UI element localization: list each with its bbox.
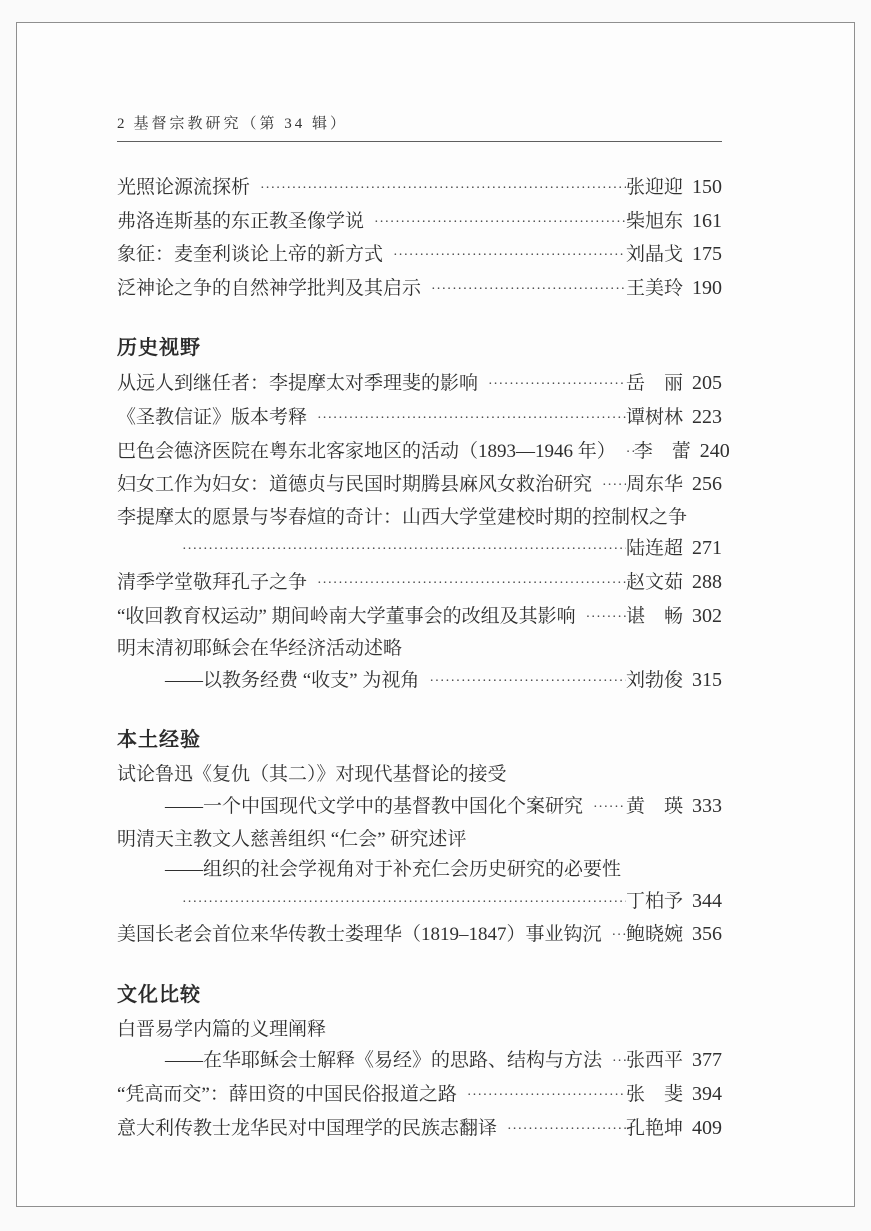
entry-title: 妇女工作为妇女：道德贞与民国时期腾县麻风女救治研究 — [117, 470, 592, 501]
entry-title: 试论鲁迅《复仇（其二）》对现代基督论的接受 — [117, 760, 507, 791]
dot-leader: ········································… — [421, 275, 626, 306]
entry-author: 刘勃俊 — [626, 666, 683, 697]
journal-title: 基督宗教研究（第 34 辑） — [134, 116, 349, 132]
dot-leader: ········································… — [583, 793, 626, 824]
toc-entry: “收回教育权运动” 期间岭南大学董事会的改组及其影响··············… — [117, 601, 722, 635]
dot-leader: ········································… — [307, 569, 626, 600]
entry-title: ——组织的社会学视角对于补充仁会历史研究的必要性 — [165, 855, 621, 886]
entry-author: 周东华 — [626, 470, 683, 501]
page-number: 2 — [117, 116, 126, 132]
entry-author: 谌 畅 — [626, 602, 683, 633]
entry-author: 刘晶戈 — [626, 240, 683, 271]
entry-page-number: 240 — [700, 436, 730, 467]
entry-author: 张 斐 — [626, 1080, 683, 1111]
dot-leader: ········································… — [616, 438, 634, 469]
toc-entry: 巴色会德济医院在粤东北客家地区的活动（1893—1946 年）·········… — [117, 436, 722, 470]
toc-entry: 意大利传教士龙华民对中国理学的民族志翻译····················… — [117, 1113, 722, 1147]
toc-entry: 清季学堂敬拜孔子之争······························… — [117, 567, 722, 601]
header-rule — [117, 141, 722, 142]
table-of-contents: 光照论源流探析·································… — [117, 172, 722, 1146]
toc-entry: 美国长老会首位来华传教士娄理华（1819–1847）事业钩沉··········… — [117, 919, 722, 953]
entry-title: 意大利传教士龙华民对中国理学的民族志翻译 — [117, 1114, 497, 1145]
entry-title: 光照论源流探析 — [117, 173, 250, 204]
dot-leader: ········································… — [364, 208, 626, 239]
entry-author: 张迎迎 — [626, 173, 683, 204]
toc-entry: 从远人到继任者：李提摩太对季理斐的影响·····················… — [117, 368, 722, 402]
entry-author: 柴旭东 — [626, 207, 683, 238]
entry-page-number: 150 — [692, 172, 722, 203]
toc-entry: 明末清初耶稣会在华经济活动述略 — [117, 634, 722, 665]
entry-author: 孔艳坤 — [626, 1114, 683, 1145]
entry-page-number: 161 — [692, 206, 722, 237]
toc-entry: ——在华耶稣会士解释《易经》的思路、结构与方法·················… — [117, 1045, 722, 1079]
dot-leader: ········································… — [497, 1115, 626, 1146]
toc-entry: 象征：麦奎利谈论上帝的新方式··························… — [117, 239, 722, 273]
entry-page-number: 302 — [692, 601, 722, 632]
entry-page-number: 190 — [692, 273, 722, 304]
entry-title: “收回教育权运动” 期间岭南大学董事会的改组及其影响 — [117, 602, 576, 633]
toc-entry: 李提摩太的愿景与岑春煊的奇计：山西大学堂建校时期的控制权之争 — [117, 503, 722, 534]
entry-author: 王美玲 — [626, 274, 683, 305]
entry-title: 美国长老会首位来华传教士娄理华（1819–1847）事业钩沉 — [117, 920, 602, 951]
toc-entry: 《圣教信证》版本考释······························… — [117, 402, 722, 436]
entry-page-number: 175 — [692, 239, 722, 270]
entry-title: 巴色会德济医院在粤东北客家地区的活动（1893—1946 年） — [117, 437, 616, 468]
entry-page-number: 344 — [692, 886, 722, 917]
entry-author: 李 蕾 — [634, 437, 691, 468]
dot-leader: ········································… — [419, 667, 626, 698]
dot-leader: ········································… — [478, 370, 626, 401]
toc-entry: 试论鲁迅《复仇（其二）》对现代基督论的接受 — [117, 760, 722, 791]
toc-entry: 妇女工作为妇女：道德贞与民国时期腾县麻风女救治研究···············… — [117, 469, 722, 503]
entry-page-number: 409 — [692, 1113, 722, 1144]
entry-page-number: 271 — [692, 533, 722, 564]
entry-author: 张西平 — [626, 1046, 683, 1077]
entry-page-number: 256 — [692, 469, 722, 500]
toc-entry: ——以教务经费 “收支” 为视角························… — [117, 665, 722, 699]
toc-entry: ········································… — [117, 886, 722, 920]
dot-leader: ········································… — [602, 921, 626, 952]
entry-author: 谭树林 — [626, 403, 683, 434]
entry-title: 象征：麦奎利谈论上帝的新方式 — [117, 240, 383, 271]
entry-page-number: 223 — [692, 402, 722, 433]
dot-leader: ········································… — [602, 1047, 626, 1078]
book-page: 2基督宗教研究（第 34 辑） 光照论源流探析·················… — [16, 22, 855, 1207]
dot-leader: ········································… — [592, 471, 626, 502]
dot-leader: ········································… — [172, 535, 626, 566]
toc-entry: 光照论源流探析·································… — [117, 172, 722, 206]
toc-entry: 明清天主教文人慈善组织 “仁会” 研究述评 — [117, 825, 722, 856]
entry-title: ——以教务经费 “收支” 为视角 — [165, 666, 419, 697]
dot-leader: ········································… — [576, 603, 626, 634]
toc-entry: 弗洛连斯基的东正教圣像学说···························… — [117, 206, 722, 240]
entry-author: 赵文茹 — [626, 568, 683, 599]
entry-page-number: 394 — [692, 1079, 722, 1110]
toc-entry: ——一个中国现代文学中的基督教中国化个案研究··················… — [117, 791, 722, 825]
entry-title: ——一个中国现代文学中的基督教中国化个案研究 — [165, 792, 583, 823]
dot-leader: ········································… — [383, 241, 626, 272]
entry-title: 清季学堂敬拜孔子之争 — [117, 568, 307, 599]
entry-title: 泛神论之争的自然神学批判及其启示 — [117, 274, 421, 305]
entry-author: 黄 瑛 — [626, 792, 683, 823]
toc-entry: 白晋易学内篇的义理阐释 — [117, 1015, 722, 1046]
entry-title: 弗洛连斯基的东正教圣像学说 — [117, 207, 364, 238]
entry-author: 陆连超 — [626, 534, 683, 565]
section-heading: 本土经验 — [117, 724, 722, 754]
entry-page-number: 356 — [692, 919, 722, 950]
running-header: 2基督宗教研究（第 34 辑） — [117, 115, 722, 133]
entry-page-number: 333 — [692, 791, 722, 822]
dot-leader: ········································… — [172, 888, 626, 919]
entry-title: 明清天主教文人慈善组织 “仁会” 研究述评 — [117, 825, 466, 856]
entry-page-number: 377 — [692, 1045, 722, 1076]
dot-leader: ········································… — [250, 174, 626, 205]
entry-title: 《圣教信证》版本考释 — [117, 403, 307, 434]
entry-page-number: 205 — [692, 368, 722, 399]
entry-title: 从远人到继任者：李提摩太对季理斐的影响 — [117, 369, 478, 400]
entry-author: 岳 丽 — [626, 369, 683, 400]
toc-entry: ········································… — [117, 533, 722, 567]
section-heading: 文化比较 — [117, 979, 722, 1009]
dot-leader: ········································… — [307, 404, 626, 435]
entry-page-number: 315 — [692, 665, 722, 696]
dot-leader: ········································… — [457, 1081, 626, 1112]
section-heading: 历史视野 — [117, 332, 722, 362]
entry-author: 鲍晓婉 — [626, 920, 683, 951]
entry-page-number: 288 — [692, 567, 722, 598]
toc-entry: 泛神论之争的自然神学批判及其启示························… — [117, 273, 722, 307]
entry-title: “凭高而交”：薛田资的中国民俗报道之路 — [117, 1080, 457, 1111]
entry-title: ——在华耶稣会士解释《易经》的思路、结构与方法 — [165, 1046, 602, 1077]
entry-title: 白晋易学内篇的义理阐释 — [117, 1015, 326, 1046]
entry-author: 丁柏予 — [626, 887, 683, 918]
toc-entry: “凭高而交”：薛田资的中国民俗报道之路·····················… — [117, 1079, 722, 1113]
toc-entry: ——组织的社会学视角对于补充仁会历史研究的必要性 — [117, 855, 722, 886]
entry-title: 明末清初耶稣会在华经济活动述略 — [117, 634, 402, 665]
entry-title: 李提摩太的愿景与岑春煊的奇计：山西大学堂建校时期的控制权之争 — [117, 503, 687, 534]
